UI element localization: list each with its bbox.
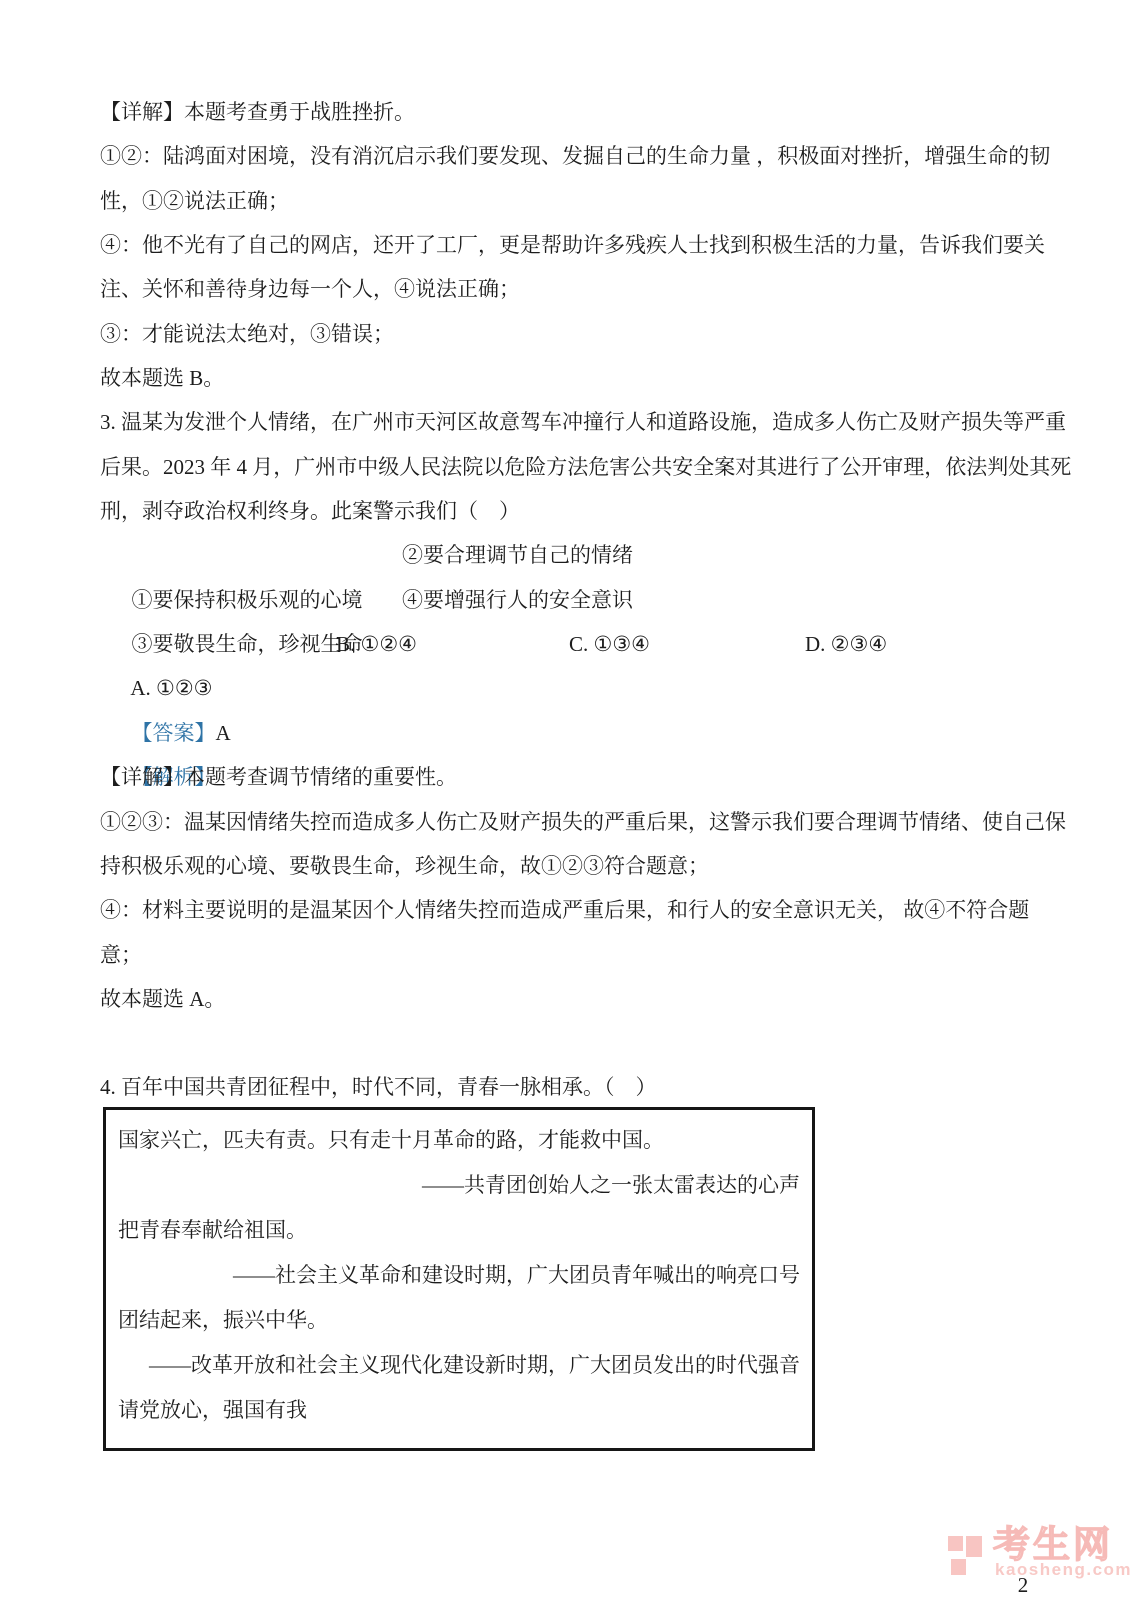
quote-line: 请党放心，强国有我 [118, 1388, 800, 1433]
q3-choice-b: B. ①②④ [336, 622, 417, 666]
quote-attribution: ——共青团创始人之一张太雷表达的心声 [118, 1163, 800, 1208]
q3-answer-row: 【答案】A [100, 666, 1031, 710]
q4-quote-box: 国家兴亡，匹夫有责。只有走十月革命的路，才能救中国。 ——共青团创始人之一张太雷… [103, 1107, 815, 1451]
q3-explain-line: 【详解】本题考查调节情绪的重要性。 [100, 755, 1031, 799]
quote-line: 国家兴亡，匹夫有责。只有走十月革命的路，才能救中国。 [118, 1118, 800, 1163]
q3-explain-line: ④：材料主要说明的是温某因个人情绪失控而造成严重后果，和行人的安全意识无关， 故… [100, 888, 1031, 932]
q2-answer-conclusion: 故本题选 B。 [100, 356, 1031, 400]
q3-suboption-row: ③要敬畏生命，珍视生命 ④要增强行人的安全意识 [100, 578, 1031, 622]
q3-choices-row: A. ①②③ B. ①②④ C. ①③④ D. ②③④ [100, 622, 1031, 666]
q2-explain-line: 注、关怀和善待身边每一个人，④说法正确； [100, 267, 1031, 311]
q2-explain-line: ①②：陆鸿面对困境，没有消沉启示我们要发现、发掘自己的生命力量 ，积极面对挫折，… [100, 134, 1031, 178]
page-number: 2 [1006, 1573, 1040, 1597]
q3-choice-d: D. ②③④ [805, 622, 887, 666]
q3-stem-line: 刑，剥夺政治权利终身。此案警示我们（ ） [100, 489, 1031, 533]
kaosheng-logo-icon [948, 1536, 982, 1576]
main-text-flow: 【详解】本题考查勇于战胜挫折。 ①②：陆鸿面对困境，没有消沉启示我们要发现、发掘… [100, 90, 1031, 1021]
quote-attribution: ——改革开放和社会主义现代化建设新时期，广大团员发出的时代强音 [118, 1343, 800, 1388]
quote-line: 把青春奉献给祖国。 [118, 1208, 800, 1253]
q3-explain-line: 意； [100, 933, 1031, 977]
q4-stem: 4. 百年中国共青团征程中，时代不同，青春一脉相承。（ ） [100, 1065, 657, 1109]
exam-answer-page: 【详解】本题考查勇于战胜挫折。 ①②：陆鸿面对困境，没有消沉启示我们要发现、发掘… [0, 0, 1131, 1600]
q3-explain-line: ①②③：温某因情绪失控而造成多人伤亡及财产损失的严重后果，这警示我们要合理调节情… [100, 800, 1031, 844]
q2-explain-line: ④：他不光有了自己的网店，还开了工厂，更是帮助许多残疾人士找到积极生活的力量，告… [100, 223, 1031, 267]
q3-suboption-row: ①要保持积极乐观的心境 ②要合理调节自己的情绪 [100, 533, 1031, 577]
q2-explain-line: 【详解】本题考查勇于战胜挫折。 [100, 90, 1031, 134]
q3-stem-line: 后果。2023 年 4 月，广州市中级人民法院以危险方法危害公共安全案对其进行了… [100, 445, 1031, 489]
q3-answer-conclusion: 故本题选 A。 [100, 977, 1031, 1021]
q3-stem-line: 3. 温某为发泄个人情绪，在广州市天河区故意驾车冲撞行人和道路设施，造成多人伤亡… [100, 400, 1031, 444]
q2-explain-line: ③：才能说法太绝对，③错误； [100, 312, 1031, 356]
quote-attribution: ——社会主义革命和建设时期，广大团员青年喊出的响亮口号 [118, 1253, 800, 1298]
q3-analysis-row: 【解析】 [100, 711, 1031, 755]
q3-choice-c: C. ①③④ [569, 622, 650, 666]
watermark-brand: 考生网 [993, 1527, 1113, 1563]
q3-suboption-4: ④要增强行人的安全意识 [402, 578, 633, 622]
q2-explain-line: 性，①②说法正确； [100, 179, 1031, 223]
q3-suboption-2: ②要合理调节自己的情绪 [402, 533, 633, 577]
q3-explain-line: 持积极乐观的心境、要敬畏生命，珍视生命，故①②③符合题意； [100, 844, 1031, 888]
quote-line: 团结起来，振兴中华。 [118, 1298, 800, 1343]
